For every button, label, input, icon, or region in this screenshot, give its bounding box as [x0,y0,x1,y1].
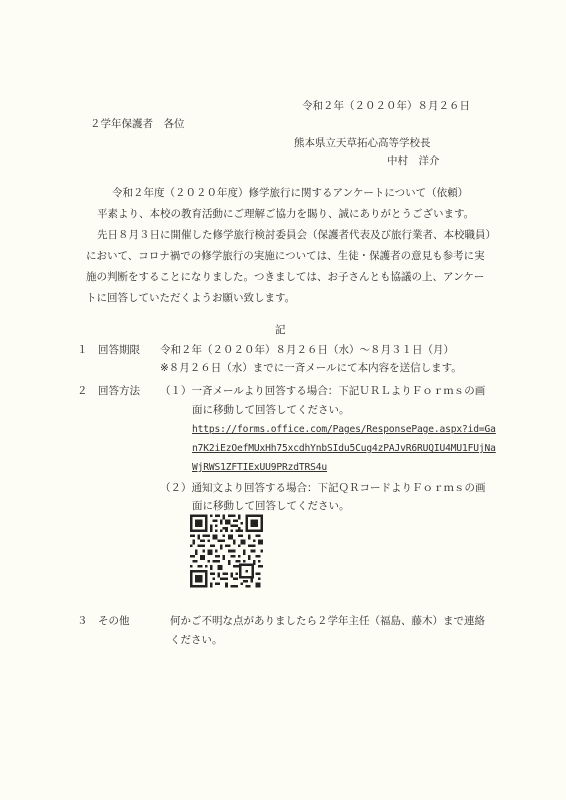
body-paragraph-line: 施の判断をすることになりました。つきましては、お子さんとも協議の上、アンケー [86,270,484,284]
forms-url-link[interactable]: https://forms.office.com/Pages/ResponseP… [192,423,496,437]
ki-heading: 記 [275,323,286,337]
method-notice-line: 面に移動して回答してください。 [192,499,350,513]
item-label: その他 [98,614,130,628]
forms-url-link[interactable]: WjRWS1ZFTIExUU9PRzdTRS4u [192,461,327,475]
sender-organization: 熊本県立天草拓心高等学校長 [294,136,431,150]
item-number: ２ [77,384,88,398]
forms-url-link[interactable]: n7K2iEzOefMUxHh75xcdhYnbSIdu5Cug4zPAJvR6… [192,442,496,456]
qr-code-icon [190,514,263,588]
item-number: ３ [77,614,88,628]
method-notice-line: （２）通知文より回答する場合：下記ＱＲコードよりＦｏｒｍｓの画 [160,481,486,495]
document-date: 令和２年（２０２０年）８月２６日 [302,99,470,113]
deadline-note: ※８月２６日（水）までに一斉メールにて本内容を送信します。 [160,361,462,375]
body-paragraph-line: トに回答していただくようお願い致します。 [86,291,295,305]
item-number: １ [77,343,88,357]
contact-line: 何かご不明な点がありましたら２学年主任（福島、藤木）まで連絡 [170,614,485,628]
body-paragraph-line: 先日８月３日に開催した修学旅行検討委員会（保護者代表及び旅行業者、本校職員） [97,228,496,242]
sender-name: 中村 洋介 [387,154,440,168]
document-title: 令和２年度（２０２０年度）修学旅行に関するアンケートについて（依頼） [112,186,468,200]
method-email-line: 面に移動して回答してください。 [192,403,350,417]
item-label: 回答期限 [98,343,140,357]
item-label: 回答方法 [98,384,140,398]
recipient: ２学年保護者 各位 [90,117,185,131]
method-email-line: （１）一斉メールより回答する場合：下記ＵＲＬよりＦｏｒｍｓの画 [160,384,485,398]
body-paragraph-line: において、コロナ禍での修学旅行の実施については、生徒・保護者の意見も参考に実 [86,249,485,263]
contact-line: ください。 [170,633,223,647]
deadline-line: 令和２年（２０２０年）８月２６日（水）～８月３１日（月） [160,343,454,357]
body-paragraph-line: 平素より、本校の教育活動にご理解ご協力を賜り、誠にありがとうございます。 [97,207,474,221]
